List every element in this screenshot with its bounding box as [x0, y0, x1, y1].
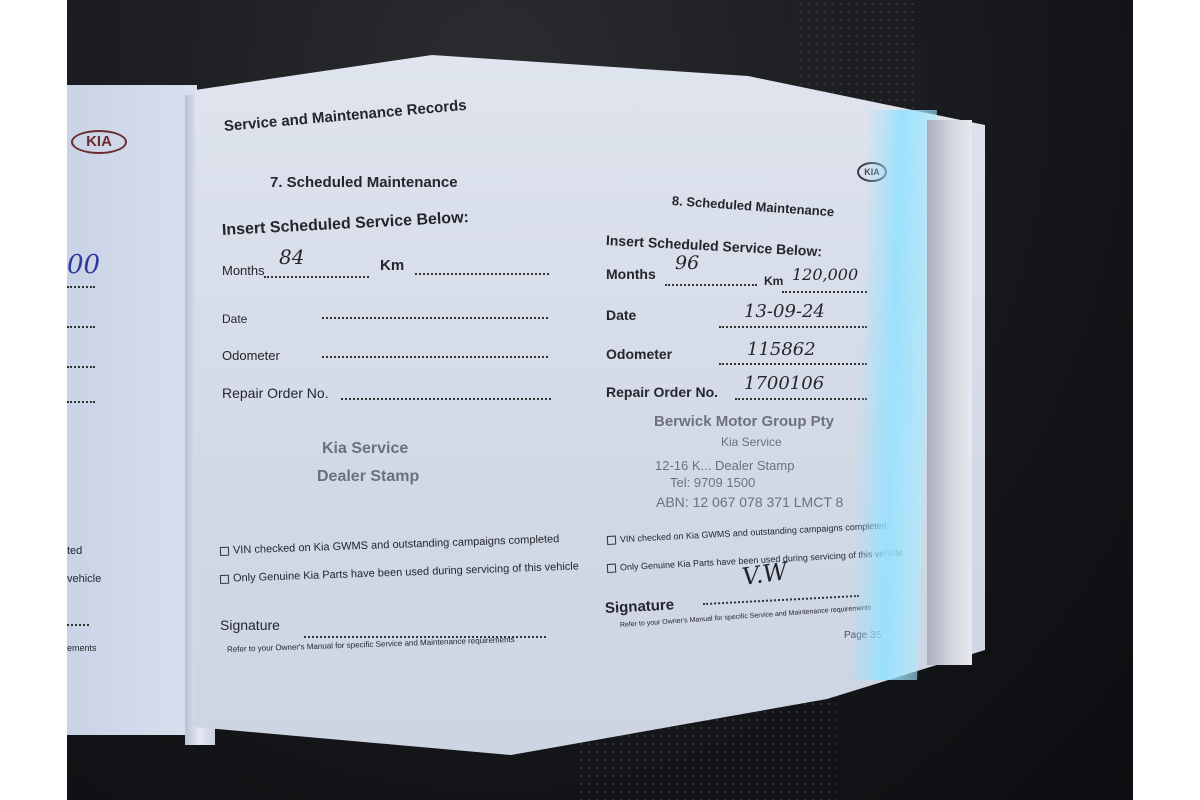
section-7-months-field[interactable]: [264, 275, 369, 278]
fragment-text: ements: [67, 643, 97, 653]
section-8-months-field[interactable]: [665, 283, 757, 286]
stamp-phone: Tel: 9709 1500: [670, 475, 755, 490]
section-8-km-value[interactable]: 120,000: [792, 265, 858, 284]
stamp-address: 12-16 K... Dealer Stamp: [655, 458, 794, 473]
dotted-line: [67, 623, 89, 626]
section-7-repair-order-field[interactable]: [341, 397, 551, 400]
section-8-months-label: Months: [606, 266, 656, 282]
section-7-signature-label: Signature: [220, 617, 280, 633]
checkbox-icon[interactable]: [607, 564, 616, 573]
stacked-page-edges: [927, 120, 972, 665]
section-7-km-label: Km: [380, 257, 404, 274]
section-8-repair-order-label: Repair Order No.: [606, 384, 718, 400]
left-page: KIA 00 ted vehicle ements: [67, 85, 197, 735]
section-7-date-field[interactable]: [322, 316, 548, 319]
section-8-km-label: Km: [764, 274, 783, 288]
dotted-line: [67, 365, 95, 368]
section-7-repair-order-label: Repair Order No.: [222, 385, 329, 401]
fragment-text: vehicle: [67, 573, 101, 585]
section-8-km-field[interactable]: [782, 290, 867, 293]
section-7-odometer-field[interactable]: [322, 355, 548, 358]
section-8-date-value[interactable]: 13-09-24: [744, 301, 825, 322]
checkbox-icon[interactable]: [220, 546, 229, 555]
section-8-odometer-field[interactable]: [719, 362, 867, 365]
section-7-km-field[interactable]: [415, 272, 549, 275]
stamp-dealer-name: Berwick Motor Group Pty: [654, 413, 834, 430]
handwriting-fragment: 00: [67, 250, 100, 280]
section-8-signature-label: Signature: [605, 596, 675, 617]
fragment-text: ted: [67, 545, 82, 557]
section-8-date-label: Date: [606, 307, 636, 323]
dotted-line: [67, 285, 95, 288]
checkbox-icon[interactable]: [607, 536, 616, 545]
section-8-odometer-value[interactable]: 115862: [747, 339, 816, 360]
section-8-repair-order-value[interactable]: 1700106: [744, 373, 824, 394]
section-8-date-field[interactable]: [719, 325, 867, 328]
section-7-title: 7. Scheduled Maintenance: [270, 174, 458, 191]
stamp-abn: ABN: 12 067 078 371 LMCT 8: [656, 494, 843, 510]
section-8-odometer-label: Odometer: [606, 346, 672, 362]
section-8-repair-order-field[interactable]: [735, 397, 867, 400]
dotted-line: [67, 400, 95, 403]
section-7-months-value[interactable]: 84: [279, 245, 304, 269]
section-7-stamp-line2: Dealer Stamp: [317, 468, 419, 486]
kia-logo: KIA: [71, 130, 127, 154]
dotted-line: [67, 325, 95, 328]
section-8-months-value[interactable]: 96: [675, 252, 699, 274]
section-7-stamp-line1: Kia Service: [322, 440, 408, 458]
section-7-months-label: Months: [222, 263, 265, 278]
checkbox-icon[interactable]: [220, 574, 229, 583]
stamp-kia-service: Kia Service: [721, 435, 782, 449]
section-7-date-label: Date: [222, 312, 247, 326]
section-7-odometer-label: Odometer: [222, 348, 280, 363]
photo-background: KIA 00 ted vehicle ements Service and Ma…: [67, 0, 1133, 800]
